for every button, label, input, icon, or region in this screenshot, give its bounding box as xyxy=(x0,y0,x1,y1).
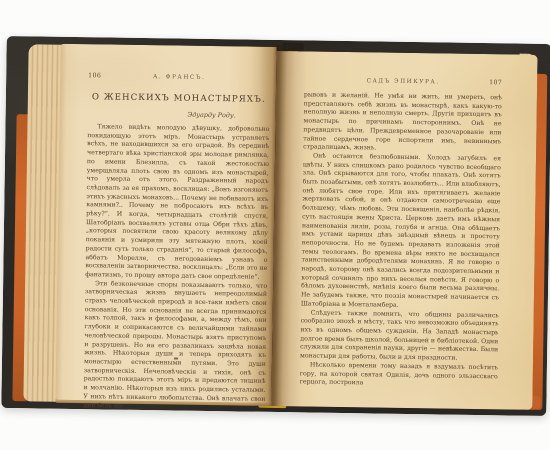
photo-background: { "book": { "left_page": { "page_number"… xyxy=(0,0,550,450)
body-paragraph: Эти безконечные споры показываютъ только… xyxy=(83,280,267,413)
chapter-title: О ЖЕНСКИХЪ МОНАСТЫРЯХЪ. xyxy=(88,92,270,105)
page-left-content: 106 А. ФРАНСЪ. О ЖЕНСКИХЪ МОНАСТЫРЯХЪ. Э… xyxy=(83,72,270,413)
body-paragraph: Тяжело видѣть молодую дѣвушку, доброволь… xyxy=(85,123,269,282)
book: 106 А. ФРАНСЪ. О ЖЕНСКИХЪ МОНАСТЫРЯХЪ. Э… xyxy=(1,36,550,416)
page-right-header: САДЪ ЭПИКУРА. 107 xyxy=(304,76,502,86)
body-paragraph: Слѣдуетъ также помнить, что общины разли… xyxy=(300,309,499,364)
body-paragraph: Нѣсколько времени тому назадъ я вздумалъ… xyxy=(300,361,498,390)
body-paragraph: Онѣ остаются безлюбовными. Холодъ загуби… xyxy=(301,152,501,312)
page-number-right: 107 xyxy=(478,79,502,86)
dedication: Эдуарду Роду. xyxy=(88,109,270,120)
page-left-header: 106 А. ФРАНСЪ. xyxy=(88,72,270,82)
body-paragraph: рывовъ и желаній. Не умѣя ни жить, ни ум… xyxy=(303,91,502,155)
page-left: 106 А. ФРАНСЪ. О ЖЕНСКИХЪ МОНАСТЫРЯХЪ. Э… xyxy=(55,44,276,403)
page-right-content: САДЪ ЭПИКУРА. 107 рывовъ и желаній. Не у… xyxy=(300,76,503,390)
page-number-left: 106 xyxy=(88,72,112,79)
printers-mark xyxy=(174,357,178,359)
running-head-left: А. ФРАНСЪ. xyxy=(112,74,246,82)
running-head-right: САДЪ ЭПИКУРА. xyxy=(328,78,478,86)
page-right: САДЪ ЭПИКУРА. 107 рывовъ и желаній. Не у… xyxy=(271,51,537,410)
